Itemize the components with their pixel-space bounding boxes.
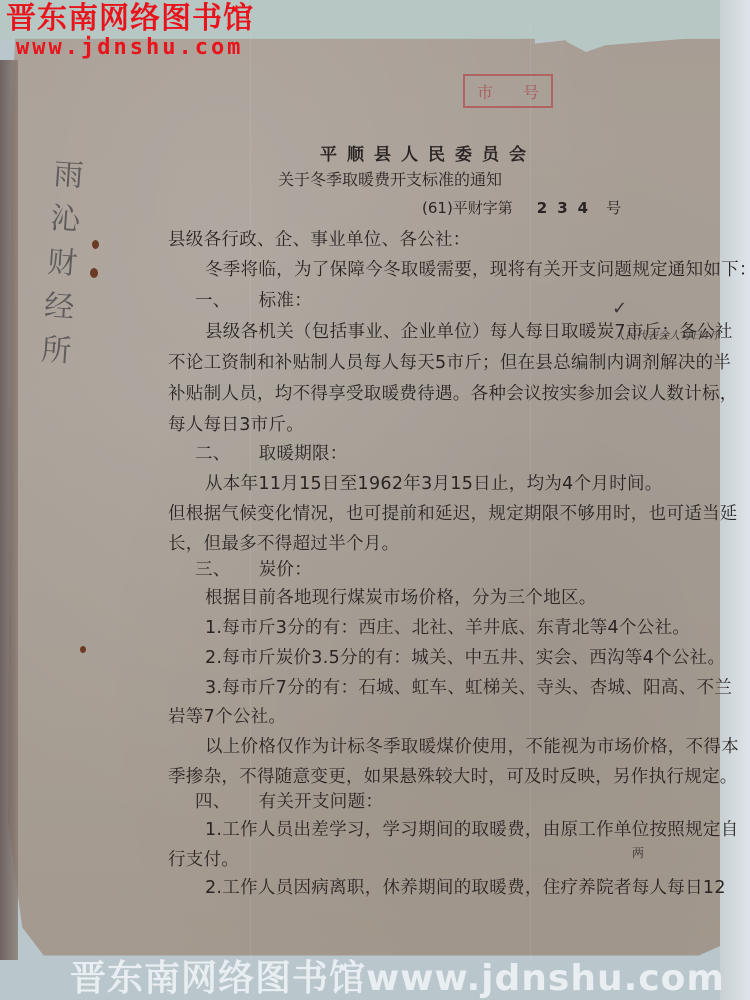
section-4-line: 行支付。 <box>168 846 239 871</box>
section-3-line: 岩等7个公社。 <box>168 703 286 728</box>
section-heading-4: 四、有关开支问题： <box>195 788 383 813</box>
handwritten-note: 人民代表会人每日4斤 <box>614 327 720 343</box>
org-title: 平顺县人民委员会 <box>320 140 536 165</box>
document-body: 平顺县人民委员会 关于冬季取暖费开支标准的通知 (61)平财字第234号 县级各… <box>0 0 750 1000</box>
section-1-line: 补贴制人员，均不得享受取暖费待遇。各种会议按实参加会议人数计标， <box>168 380 738 405</box>
section-4-line: 2.工作人员因病离职，休养期间的取暖费，住疗养院者每人每日12 <box>205 874 726 899</box>
watermark-bottom: 晋东南网络图书馆www.jdnshu.com <box>70 958 725 1000</box>
section-4-line: 1.工作人员出差学习，学习期间的取暖费，由原工作单位按照规定自 <box>205 816 739 841</box>
section-3-line: 1.每市斤3分的有：西庄、北社、羊井底、东青北等4个公社。 <box>205 614 690 639</box>
check-mark-icon: ✓ <box>612 298 627 319</box>
salutation: 县级各行政、企、事业单位、各公社： <box>168 226 471 251</box>
section-1-line: 每人每日3市斤。 <box>168 411 304 436</box>
section-3-line: 2.每市斤炭价3.5分的有：城关、中五井、实会、西沟等4个公社。 <box>205 644 725 669</box>
section-2-line: 从本年11月15日至1962年3月15日止，均为4个月时间。 <box>205 470 663 495</box>
handwritten-insert: 两 <box>632 844 644 861</box>
document-number: (61)平财字第234号 <box>422 197 621 218</box>
doc-number: 234 <box>537 199 598 217</box>
document-subject: 关于冬季取暖费开支标准的通知 <box>278 167 502 190</box>
section-2-line: 但根据气候变化情况，也可提前和延迟，规定期限不够用时，也可适当延 <box>168 500 738 525</box>
doc-suffix: 号 <box>606 199 621 217</box>
intro: 冬季将临，为了保障今冬取暖需要，现将有关开支问题规定通知如下： <box>205 256 750 281</box>
section-2-line: 长，但最多不得超过半个月。 <box>168 530 399 555</box>
section-heading-3: 三、炭价： <box>195 556 312 581</box>
section-1-line: 不论工资制和补贴制人员每人每天5市斤；但在县总编制内调剂解决的半 <box>168 349 731 374</box>
section-3-line: 3.每市斤7分的有：石城、虹车、虹梯关、寺头、杏城、阳高、不兰 <box>205 674 732 699</box>
section-3-line: 以上价格仅作为计标冬季取暖煤价使用，不能视为市场价格，不得本 <box>205 733 739 758</box>
section-heading-1: 一、标准： <box>195 287 312 312</box>
section-3-line: 季掺杂，不得随意变更，如果悬殊较大时，可及时反映，另作执行规定。 <box>168 763 738 788</box>
doc-prefix: (61)平财字第 <box>422 199 513 217</box>
section-heading-2: 二、取暖期限： <box>195 440 348 465</box>
section-3-line: 根据目前各地现行煤炭市场价格，分为三个地区。 <box>205 584 597 609</box>
